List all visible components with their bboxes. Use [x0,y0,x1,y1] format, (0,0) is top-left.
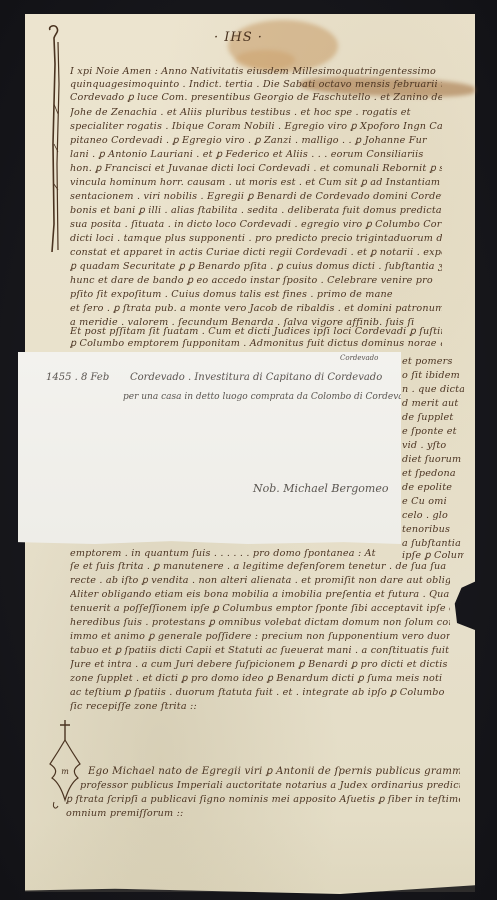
text-fragment: n . que dicta [402,384,464,396]
subscription-line: ꝑ ſtrata ſcripſi a publicavi ſigno nomin… [66,794,460,806]
text-line: lani . ꝑ Antonio Lauriani . et ꝑ Federic… [70,149,442,161]
text-fragment: de ſupplet [402,412,464,424]
slip-date: 1455 . 8 Feb [46,372,109,383]
text-line: hunc et dare de bando ꝑ eo accedo instar… [70,275,442,287]
subscription-line: omnium premiſſorum :: [66,808,266,820]
text-line: I xpi Noie Amen : Anno Nativitatis eiusd… [70,66,442,78]
text-line: ac teſtium ꝑ ſpatiis . duorum ſtatuta fu… [70,687,450,699]
slip-title: Cordevado . Investitura di Capitano di C… [130,372,382,383]
text-fragment: celo . glo [402,510,464,522]
text-fragment: vid . yſto [402,440,464,452]
text-line: dicti loci . tamque plus supponenti . pr… [70,233,442,245]
text-line: Jure et intra . a cum Juri debere ſuſpic… [70,659,450,671]
attached-archival-slip: 1455 . 8 Feb Cordevado . Investitura di … [18,352,401,544]
text-line: constat et apparet in actis Curiae dicti… [70,247,442,259]
text-line: sua posita . ſituata . in dicto loco Cor… [70,219,442,231]
text-line: recte . ab iſto ꝑ vendita . non alteri a… [70,575,450,587]
text-line: ꝑ Columbo emptorem ſupponitam . Admonitu… [70,338,442,350]
text-line: quinquagesimoquinto . Indict. tertia . D… [70,79,442,91]
parchment-lower-margin [25,820,475,892]
text-line: ꝑ quadam Securitate ꝑ ꝑ Benardo pſita . … [70,261,442,273]
text-fragment: o ſit ibidem [402,370,464,382]
slip-superscript: Cordevado [340,354,378,362]
text-line: zone ſupplet . et dicti ꝑ pro domo ideo … [70,673,450,685]
subscription-line: professor publicus Imperiali auctoritate… [80,780,460,792]
text-line: heredibus ſuis . protestans ꝑ omnibus vo… [70,617,450,629]
text-line: emptorem . in quantum ſuis . . . . . . p… [70,548,450,560]
text-fragment: et pomers [402,356,464,368]
text-fragment: tenoribus [402,524,464,536]
notary-signum-letter: m [61,767,69,776]
text-fragment: e Cu omi [402,496,464,508]
text-fragment: de epolite [402,482,464,494]
text-fragment: d merit aut [402,398,464,410]
text-line: et ſero . ꝑ ſtrata pub. a monte vero Jac… [70,303,442,315]
text-line: hon. ꝑ Francisci et Juvanae dicti loci C… [70,163,442,175]
text-fragment: diet ſuorum [402,454,464,466]
text-line: Aliter obligando etiam eis bona mobilia … [70,589,450,601]
text-line: immo et animo ꝑ generale poſſidere : pre… [70,631,450,643]
text-fragment: e ſponte et [402,426,464,438]
text-line: ſic recepiſſe zone ſtrita :: [70,701,450,713]
slip-description: per una casa in detto luogo comprata da … [123,392,415,402]
text-line: pitaneo Cordevadi . ꝑ Egregio viro . ꝑ Z… [70,135,442,147]
decorated-initial-i [46,24,64,254]
slip-signature: Nob. Michael Bergomeo [253,482,388,495]
text-line: sentacionem . viri nobilis . Egregii ꝑ B… [70,191,442,203]
text-line: Cordevado ꝑ luce Com. presentibus Georgi… [70,92,442,104]
ihs-monogram: · IHS · [214,30,263,45]
text-line: bonis et bani ꝑ illi . alias ſtabilita .… [70,205,442,217]
text-line: tenuerit a poſſeſſionem ipſe ꝑ Columbus … [70,603,450,615]
text-line: vincula hominum horr. causam . ut moris … [70,177,442,189]
text-fragment: et ſpedona [402,468,464,480]
subscription-line: Ego Michael nato de Egregii viri ꝑ Anton… [88,766,460,778]
text-line: Et post pſſitam ſit ſuatam . Cum et dict… [70,326,442,338]
text-line: specialiter rogatis . Ibique Coram Nobil… [70,121,442,133]
text-line: tabuo et ꝑ ſpatiis dicti Capii et Statut… [70,645,450,657]
text-line: ſe et ſuis ſtrita . ꝑ manutenere . a leg… [70,561,450,573]
text-line: pſito ſit expoſitum . Cuius domus talis … [70,289,442,301]
text-line: Johe de Zenachia . et Aliis pluribus tes… [70,107,442,119]
